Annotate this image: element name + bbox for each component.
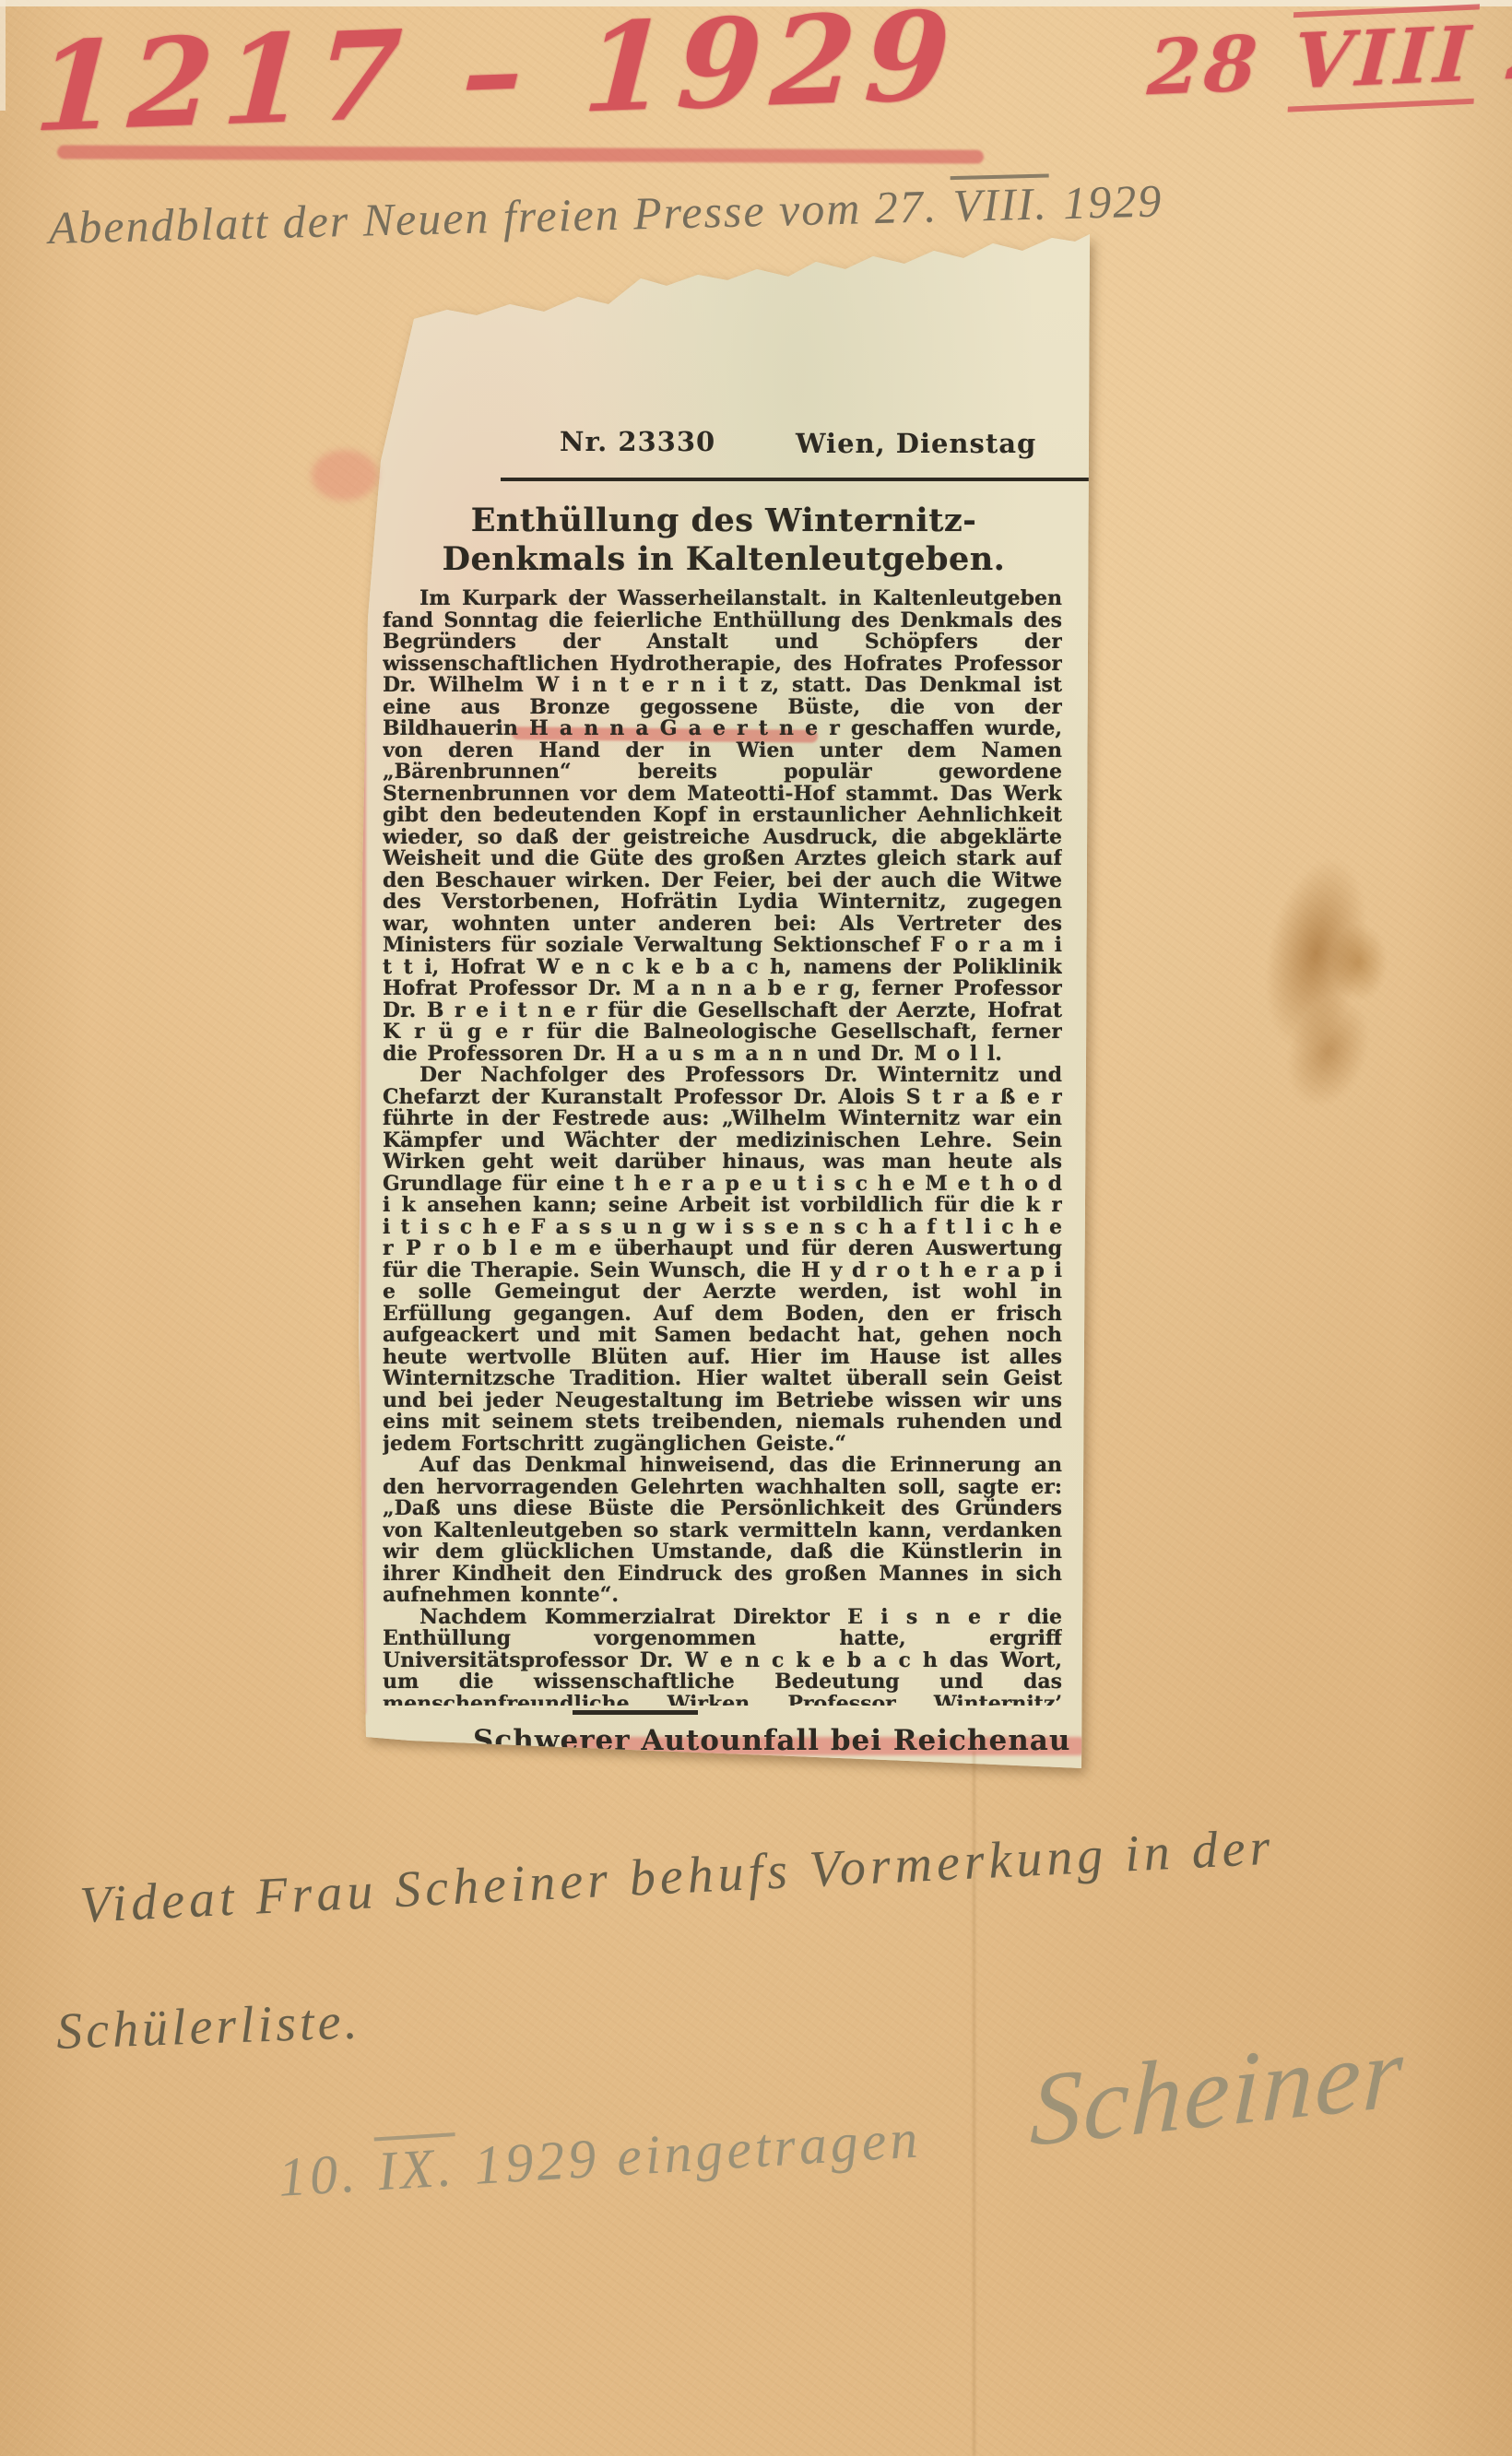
red-underline-mark: [57, 145, 984, 163]
red-date-month: VIII: [1287, 4, 1480, 112]
pencil-source-year: 1929: [1063, 174, 1164, 229]
ink-stain-blob: [1330, 924, 1388, 1001]
red-date-year: 29: [1505, 4, 1512, 98]
entry-date-rest: 1929 eingetragen: [472, 2108, 923, 2196]
entry-note: 10. IX. 1929 eingetragen: [277, 2107, 923, 2209]
clipping-dateline: Wien, Dienstag: [796, 428, 1036, 459]
pencil-source-month: VIII.: [951, 173, 1050, 231]
scan-edge-left: [0, 0, 6, 111]
newspaper-clipping: Nr. 23330 Wien, Dienstag Enthüllung des …: [355, 230, 1093, 1772]
clipping-paragraph: Im Kurpark der Wasserheilanstalt. in Kal…: [383, 588, 1062, 1065]
entry-date-day: 10.: [277, 2143, 360, 2208]
handwritten-note-line2: Schülerliste.: [55, 1991, 361, 2060]
red-date-annotation: 28 VIII 29: [1145, 4, 1512, 113]
entry-date-month: IX.: [374, 2132, 459, 2202]
clipping-header-rule: [501, 478, 1091, 481]
clipping-headline: Enthüllung des Winternitz-Denkmals in Ka…: [392, 502, 1056, 579]
signature: Scheiner: [1028, 2012, 1406, 2171]
clipping-paragraph: Auf das Denkmal hinweisend, das die Erin…: [383, 1455, 1062, 1607]
clipping-paragraph: Der Nachfolger des Professors Dr. Winter…: [383, 1065, 1062, 1455]
handwritten-note-line1: Videat Frau Scheiner behufs Vormerkung i…: [78, 1818, 1276, 1935]
newspaper-clipping-shadow: Nr. 23330 Wien, Dienstag Enthüllung des …: [355, 230, 1093, 1772]
clipping-next-headline: Schwerer Autounfall bei Reichenau: [473, 1724, 1093, 1757]
clipping-issue-number: Nr. 23330: [560, 426, 715, 457]
red-accession-number: 1217 – 1929: [31, 0, 963, 159]
clipping-divider-rule: [573, 1710, 698, 1715]
red-smudge-on-paper: [312, 450, 378, 501]
red-margin-smear: [360, 438, 366, 1715]
clipping-article-body: Im Kurpark der Wasserheilanstalt. in Kal…: [383, 588, 1062, 1706]
clipping-paragraph: Nachdem Kommerzialrat Direktor E i s n e…: [383, 1607, 1062, 1706]
red-date-day: 28: [1145, 19, 1263, 113]
archival-page: { "colors": { "paper": "#e8c28f", "clipp…: [0, 0, 1512, 2456]
